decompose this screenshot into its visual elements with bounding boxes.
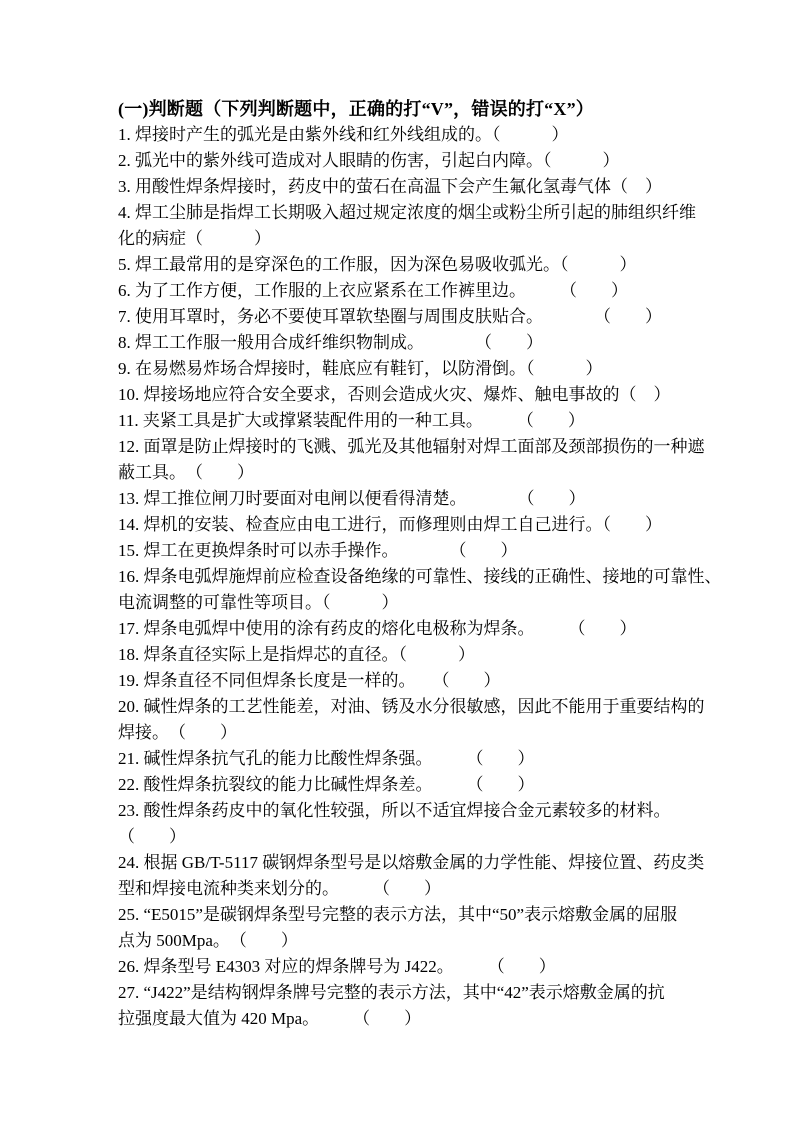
- question-line: 1. 焊接时产生的弧光是由紫外线和红外线组成的。（ ）: [118, 122, 684, 148]
- question-line: 3. 用酸性焊条焊接时，药皮中的萤石在高温下会产生氟化氢毒气体（ ）: [118, 174, 684, 200]
- question-line: 16. 焊条电弧焊施焊前应检查设备绝缘的可靠性、接线的正确性、接地的可靠性、: [118, 564, 684, 590]
- question-line: 14. 焊机的安装、检查应由电工进行，而修理则由焊工自己进行。（ ）: [118, 512, 684, 538]
- document-page: (一)判断题（下列判断题中，正确的打“V”，错误的打“X”） 1. 焊接时产生的…: [0, 0, 793, 1122]
- question-line: 20. 碱性焊条的工艺性能差，对油、锈及水分很敏感，因此不能用于重要结构的: [118, 694, 684, 720]
- question-line: 13. 焊工推位闸刀时要面对电闸以便看得清楚。 （ ）: [118, 486, 684, 512]
- question-line: 15. 焊工在更换焊条时可以赤手操作。 （ ）: [118, 538, 684, 564]
- question-line: 22. 酸性焊条抗裂纹的能力比碱性焊条差。 （ ）: [118, 772, 684, 798]
- question-line: 7. 使用耳罩时，务必不要使耳罩软垫圈与周围皮肤贴合。 （ ）: [118, 304, 684, 330]
- question-line: 焊接。 （ ）: [118, 720, 684, 746]
- judgment-question-section: (一)判断题（下列判断题中，正确的打“V”，错误的打“X”） 1. 焊接时产生的…: [118, 96, 684, 1032]
- question-line: 21. 碱性焊条抗气孔的能力比酸性焊条强。 （ ）: [118, 746, 684, 772]
- question-line: 11. 夹紧工具是扩大或撑紧装配件用的一种工具。 （ ）: [118, 408, 684, 434]
- question-line: 17. 焊条电弧焊中使用的涂有药皮的熔化电极称为焊条。 （ ）: [118, 616, 684, 642]
- question-line: 18. 焊条直径实际上是指焊芯的直径。（ ）: [118, 642, 684, 668]
- question-line: 蔽工具。 （ ）: [118, 460, 684, 486]
- question-line: 12. 面罩是防止焊接时的飞溅、弧光及其他辐射对焊工面部及颈部损伤的一种遮: [118, 434, 684, 460]
- question-line: （ ）: [118, 824, 684, 850]
- section-title: (一)判断题（下列判断题中，正确的打“V”，错误的打“X”）: [118, 96, 684, 122]
- question-line: 电流调整的可靠性等项目。（ ）: [118, 590, 684, 616]
- question-line: 型和焊接电流种类来划分的。 （ ）: [118, 876, 684, 902]
- question-line: 化的病症（ ）: [118, 226, 684, 252]
- question-line: 26. 焊条型号 E4303 对应的焊条牌号为 J422。 （ ）: [118, 954, 684, 980]
- question-line: 点为 500Mpa。 （ ）: [118, 928, 684, 954]
- question-line: 19. 焊条直径不同但焊条长度是一样的。 （ ）: [118, 668, 684, 694]
- question-line: 4. 焊工尘肺是指焊工长期吸入超过规定浓度的烟尘或粉尘所引起的肺组织纤维: [118, 200, 684, 226]
- question-line: 2. 弧光中的紫外线可造成对人眼睛的伤害，引起白内障。（ ）: [118, 148, 684, 174]
- question-line: 5. 焊工最常用的是穿深色的工作服，因为深色易吸收弧光。（ ）: [118, 252, 684, 278]
- question-line: 9. 在易燃易炸场合焊接时，鞋底应有鞋钉，以防滑倒。（ ）: [118, 356, 684, 382]
- question-line: 25. “E5015”是碳钢焊条型号完整的表示方法，其中“50”表示熔敷金属的屈…: [118, 902, 684, 928]
- question-line: 24. 根据 GB/T-5117 碳钢焊条型号是以熔敷金属的力学性能、焊接位置、…: [118, 850, 684, 876]
- question-line: 10. 焊接场地应符合安全要求，否则会造成火灾、爆炸、触电事故的（ ）: [118, 382, 684, 408]
- question-line: 8. 焊工工作服一般用合成纤维织物制成。 （ ）: [118, 330, 684, 356]
- question-lines: 1. 焊接时产生的弧光是由紫外线和红外线组成的。（ ）2. 弧光中的紫外线可造成…: [118, 122, 684, 1032]
- question-line: 拉强度最大值为 420 Mpa。 （ ）: [118, 1006, 684, 1032]
- question-line: 23. 酸性焊条药皮中的氧化性较强，所以不适宜焊接合金元素较多的材料。: [118, 798, 684, 824]
- question-line: 6. 为了工作方便，工作服的上衣应紧系在工作裤里边。 （ ）: [118, 278, 684, 304]
- question-line: 27. “J422”是结构钢焊条牌号完整的表示方法，其中“42”表示熔敷金属的抗: [118, 980, 684, 1006]
